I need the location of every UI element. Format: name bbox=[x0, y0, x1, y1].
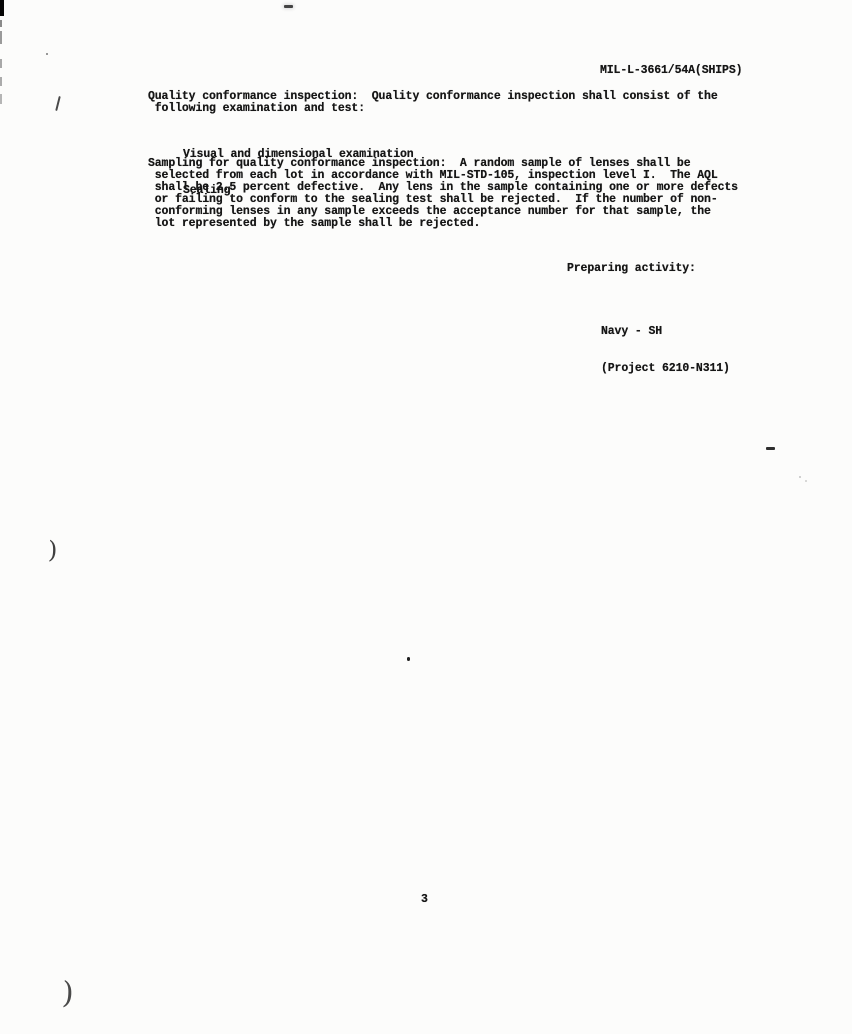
scan-artifact-edge-mark bbox=[0, 20, 2, 27]
scan-artifact-smudge bbox=[284, 5, 293, 8]
preparing-activity-org: Navy - SH bbox=[601, 326, 730, 339]
scan-artifact-edge-mark bbox=[0, 31, 2, 44]
quality-conformance-paragraph: Quality conformance inspection: Quality … bbox=[148, 91, 718, 115]
preparing-activity-details: Navy - SH (Project 6210-N311) bbox=[567, 301, 730, 401]
preparing-activity-project: (Project 6210-N311) bbox=[601, 363, 730, 376]
document-number: MIL-L-3661/54A(SHIPS) bbox=[600, 65, 742, 77]
scan-artifact-edge-mark bbox=[0, 77, 2, 86]
document-page: ) ) MIL-L-3661/54A(SHIPS) Quality confor… bbox=[0, 0, 852, 1034]
sampling-paragraph: Sampling for quality conformance inspect… bbox=[148, 158, 738, 230]
preparing-activity-block: Preparing activity: Navy - SH (Project 6… bbox=[567, 238, 730, 426]
scan-artifact-ink-dot bbox=[407, 657, 410, 661]
scan-artifact-edge-mark bbox=[0, 94, 2, 104]
scan-artifact-speck bbox=[805, 480, 807, 482]
scan-artifact-speck bbox=[799, 476, 801, 478]
scan-artifact-stroke bbox=[55, 96, 61, 111]
preparing-activity-label: Preparing activity: bbox=[567, 263, 730, 276]
scan-artifact-paren-mark: ) bbox=[61, 979, 74, 1010]
scan-artifact-dash bbox=[766, 447, 775, 450]
scan-artifact-corner-bar bbox=[0, 0, 4, 16]
scan-artifact-paren-mark: ) bbox=[48, 538, 58, 562]
scan-artifact-speck bbox=[46, 53, 48, 55]
page-number: 3 bbox=[421, 894, 428, 906]
scan-artifact-edge-mark bbox=[0, 59, 2, 68]
